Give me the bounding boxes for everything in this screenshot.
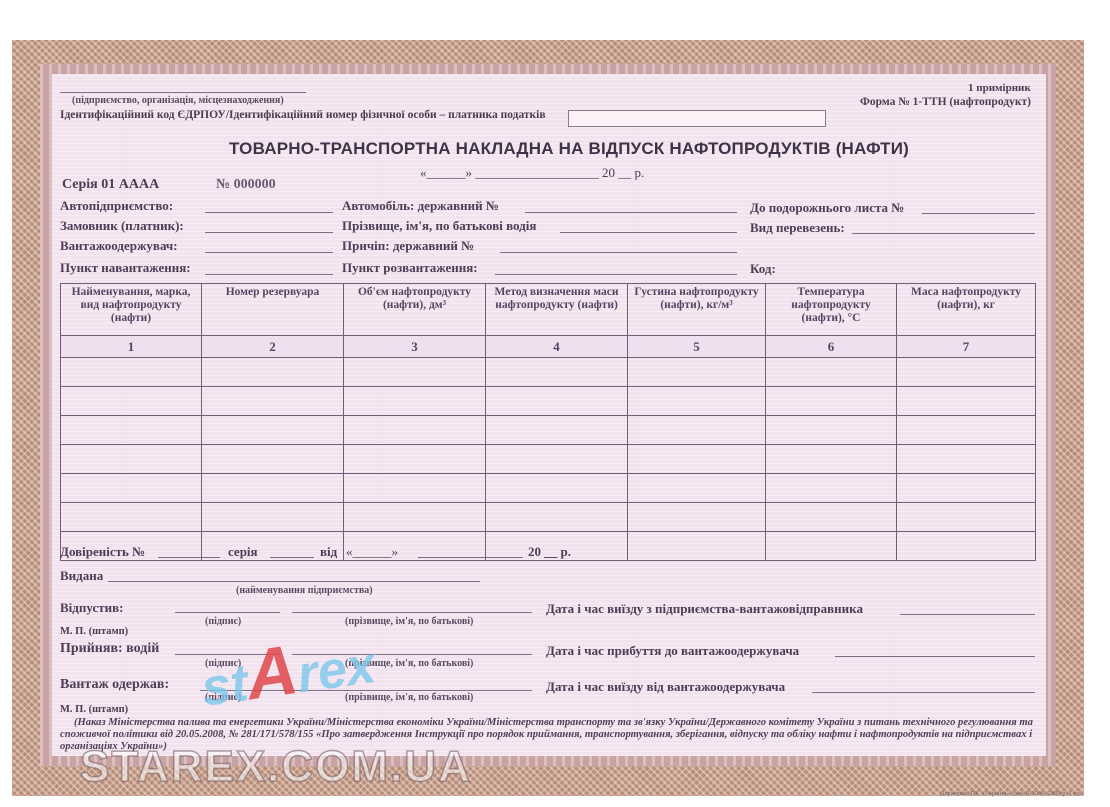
- signature-caption: (підпис): [205, 616, 241, 627]
- copy-label: 1 примірник: [968, 82, 1031, 94]
- received-label: Вантаж одержав:: [60, 677, 169, 693]
- table-cell[interactable]: [486, 387, 628, 416]
- table-cell[interactable]: [628, 387, 766, 416]
- table-row: [61, 387, 1036, 416]
- column-number-row: 1 2 3 4 5 6 7: [61, 336, 1036, 358]
- table-cell[interactable]: [766, 474, 897, 503]
- table-cell[interactable]: [202, 474, 344, 503]
- field-label-loading-point: Пункт навантаження:: [60, 260, 191, 276]
- stamp-label: М. П. (штамп): [60, 626, 128, 637]
- field-label-trailer-plate: Причіп: державний №: [342, 238, 474, 254]
- field-label-transport-type: Вид перевезень:: [750, 220, 845, 236]
- table-cell[interactable]: [61, 387, 202, 416]
- poa-day-field[interactable]: «______»: [346, 544, 398, 560]
- table-cell[interactable]: [202, 387, 344, 416]
- table-cell[interactable]: [202, 503, 344, 532]
- table-row: [61, 474, 1036, 503]
- field-driver-name[interactable]: [560, 232, 737, 233]
- table-cell[interactable]: [344, 474, 486, 503]
- date-departure-consignee-field[interactable]: [812, 692, 1035, 693]
- column-number: 5: [628, 336, 766, 358]
- table-row: [61, 358, 1036, 387]
- field-carrier[interactable]: [205, 212, 333, 213]
- column-number: 7: [897, 336, 1036, 358]
- field-label-waybill: До подорожнього листа №: [750, 200, 904, 216]
- field-trailer-plate[interactable]: [500, 252, 737, 253]
- table-cell[interactable]: [61, 358, 202, 387]
- enterprise-line[interactable]: [60, 92, 306, 93]
- date-label-arrival: Дата і час прибуття до вантажоодержувача: [546, 643, 799, 659]
- stamp-label: М. П. (штамп): [60, 704, 128, 715]
- poa-number-field[interactable]: [158, 557, 220, 558]
- enterprise-caption: (підприємство, організація, місцезнаходж…: [72, 95, 284, 106]
- column-number: 4: [486, 336, 628, 358]
- field-consignee[interactable]: [205, 252, 333, 253]
- field-label-driver-name: Прізвище, ім'я, по батькові водія: [342, 218, 536, 234]
- date-label-departure-consignee: Дата і час виїзду від вантажоодержувача: [546, 679, 785, 695]
- field-waybill[interactable]: [922, 213, 1035, 214]
- column-header-volume: Об'єм нафтопродукту (нафти), дм³: [344, 284, 486, 336]
- document-title: ТОВАРНО-ТРАНСПОРТНА НАКЛАДНА НА ВІДПУСК …: [229, 139, 909, 159]
- products-table: Найменування, марка, вид нафтопродукту (…: [60, 283, 1036, 561]
- issued-caption: (найменування підприємства): [236, 585, 373, 596]
- issued-field[interactable]: [108, 581, 480, 582]
- field-transport-type[interactable]: [852, 233, 1035, 234]
- table-cell[interactable]: [628, 503, 766, 532]
- table-header-row: Найменування, марка, вид нафтопродукту (…: [61, 284, 1036, 336]
- field-unloading-point[interactable]: [495, 274, 737, 275]
- field-vehicle-plate[interactable]: [525, 212, 737, 213]
- table-row: [61, 416, 1036, 445]
- table-cell[interactable]: [897, 532, 1036, 561]
- document-number: № 000000: [216, 177, 276, 193]
- field-label-carrier: Автопідприємство:: [60, 198, 173, 214]
- released-label: Відпустив:: [60, 600, 123, 616]
- released-name-field[interactable]: [292, 612, 532, 613]
- table-cell[interactable]: [628, 445, 766, 474]
- logo-text-a: A: [241, 630, 302, 714]
- table-cell[interactable]: [628, 358, 766, 387]
- field-customer[interactable]: [205, 232, 333, 233]
- poa-from-label: від: [320, 544, 337, 560]
- poa-year-label: 20 __ р.: [528, 544, 571, 560]
- table-cell[interactable]: [344, 416, 486, 445]
- printer-note: Держзнак. ПК «Україна». Зам. 8-3008. 200…: [940, 790, 1081, 797]
- site-watermark: STAREX.COM.UA: [80, 742, 472, 792]
- table-row: [61, 445, 1036, 474]
- table-cell[interactable]: [202, 358, 344, 387]
- column-header-method: Метод визначення маси нафтопродукту (наф…: [486, 284, 628, 336]
- table-cell[interactable]: [344, 387, 486, 416]
- table-cell[interactable]: [897, 358, 1036, 387]
- field-label-vehicle-plate: Автомобіль: державний №: [342, 198, 499, 214]
- table-cell[interactable]: [486, 474, 628, 503]
- table-cell[interactable]: [344, 358, 486, 387]
- column-header-mass: Маса нафтопродукту (нафти), кг: [897, 284, 1036, 336]
- document-date[interactable]: «______» ___________________ 20 __ р.: [420, 165, 644, 181]
- table-cell[interactable]: [897, 416, 1036, 445]
- table-cell[interactable]: [344, 503, 486, 532]
- table-cell[interactable]: [897, 503, 1036, 532]
- table-row: [61, 503, 1036, 532]
- poa-series-label: серія: [228, 544, 258, 560]
- table-cell[interactable]: [486, 358, 628, 387]
- accepted-label: Прийняв: водій: [60, 641, 159, 657]
- field-label-code: Код:: [750, 261, 776, 277]
- table-cell[interactable]: [486, 503, 628, 532]
- table-cell[interactable]: [486, 445, 628, 474]
- table-cell[interactable]: [766, 358, 897, 387]
- table-cell[interactable]: [897, 474, 1036, 503]
- column-number: 2: [202, 336, 344, 358]
- table-cell[interactable]: [61, 416, 202, 445]
- logo-text-st: st: [198, 654, 252, 718]
- column-header-temperature: Температура нафтопродукту (нафти), °C: [766, 284, 897, 336]
- field-label-consignee: Вантажоодержувач:: [60, 238, 178, 254]
- poa-label: Довіреність №: [60, 544, 145, 560]
- table-cell[interactable]: [897, 387, 1036, 416]
- column-header-product: Найменування, марка, вид нафтопродукту (…: [61, 284, 202, 336]
- table-cell[interactable]: [766, 532, 897, 561]
- date-label-departure-shipper: Дата і час виїзду з підприємства-вантажо…: [546, 601, 863, 617]
- column-number: 6: [766, 336, 897, 358]
- table-cell[interactable]: [766, 387, 897, 416]
- form-label: Форма № 1-ТТН (нафтопродукт): [860, 96, 1031, 108]
- table-cell[interactable]: [486, 416, 628, 445]
- column-number: 1: [61, 336, 202, 358]
- table-cell[interactable]: [202, 416, 344, 445]
- id-code-label: Ідентифікаційний код ЄДРПОУ/Ідентифікаці…: [60, 109, 546, 121]
- date-departure-shipper-field[interactable]: [900, 614, 1035, 615]
- issued-label: Видана: [60, 568, 103, 584]
- column-number: 3: [344, 336, 486, 358]
- table-cell[interactable]: [766, 445, 897, 474]
- table-cell[interactable]: [61, 474, 202, 503]
- series-label: Серія 01 АААА: [62, 177, 159, 193]
- column-header-tank: Номер резервуара: [202, 284, 344, 336]
- table-cell[interactable]: [766, 416, 897, 445]
- poa-month-field[interactable]: [418, 557, 523, 558]
- table-cell[interactable]: [628, 416, 766, 445]
- id-code-input[interactable]: [568, 110, 826, 127]
- table-cell[interactable]: [897, 445, 1036, 474]
- table-cell[interactable]: [61, 445, 202, 474]
- table-cell[interactable]: [61, 503, 202, 532]
- column-header-density: Густина нафтопродукту (нафти), кг/м³: [628, 284, 766, 336]
- field-loading-point[interactable]: [205, 274, 333, 275]
- released-signature-field[interactable]: [175, 612, 280, 613]
- table-cell[interactable]: [766, 503, 897, 532]
- poa-series-field[interactable]: [270, 557, 314, 558]
- table-cell[interactable]: [344, 445, 486, 474]
- table-cell[interactable]: [202, 445, 344, 474]
- logo-text-rex: rex: [294, 636, 379, 704]
- field-label-customer: Замовник (платник):: [60, 218, 184, 234]
- table-cell[interactable]: [628, 474, 766, 503]
- field-label-unloading-point: Пункт розвантаження:: [342, 260, 478, 276]
- table-cell[interactable]: [628, 532, 766, 561]
- date-arrival-field[interactable]: [835, 656, 1035, 657]
